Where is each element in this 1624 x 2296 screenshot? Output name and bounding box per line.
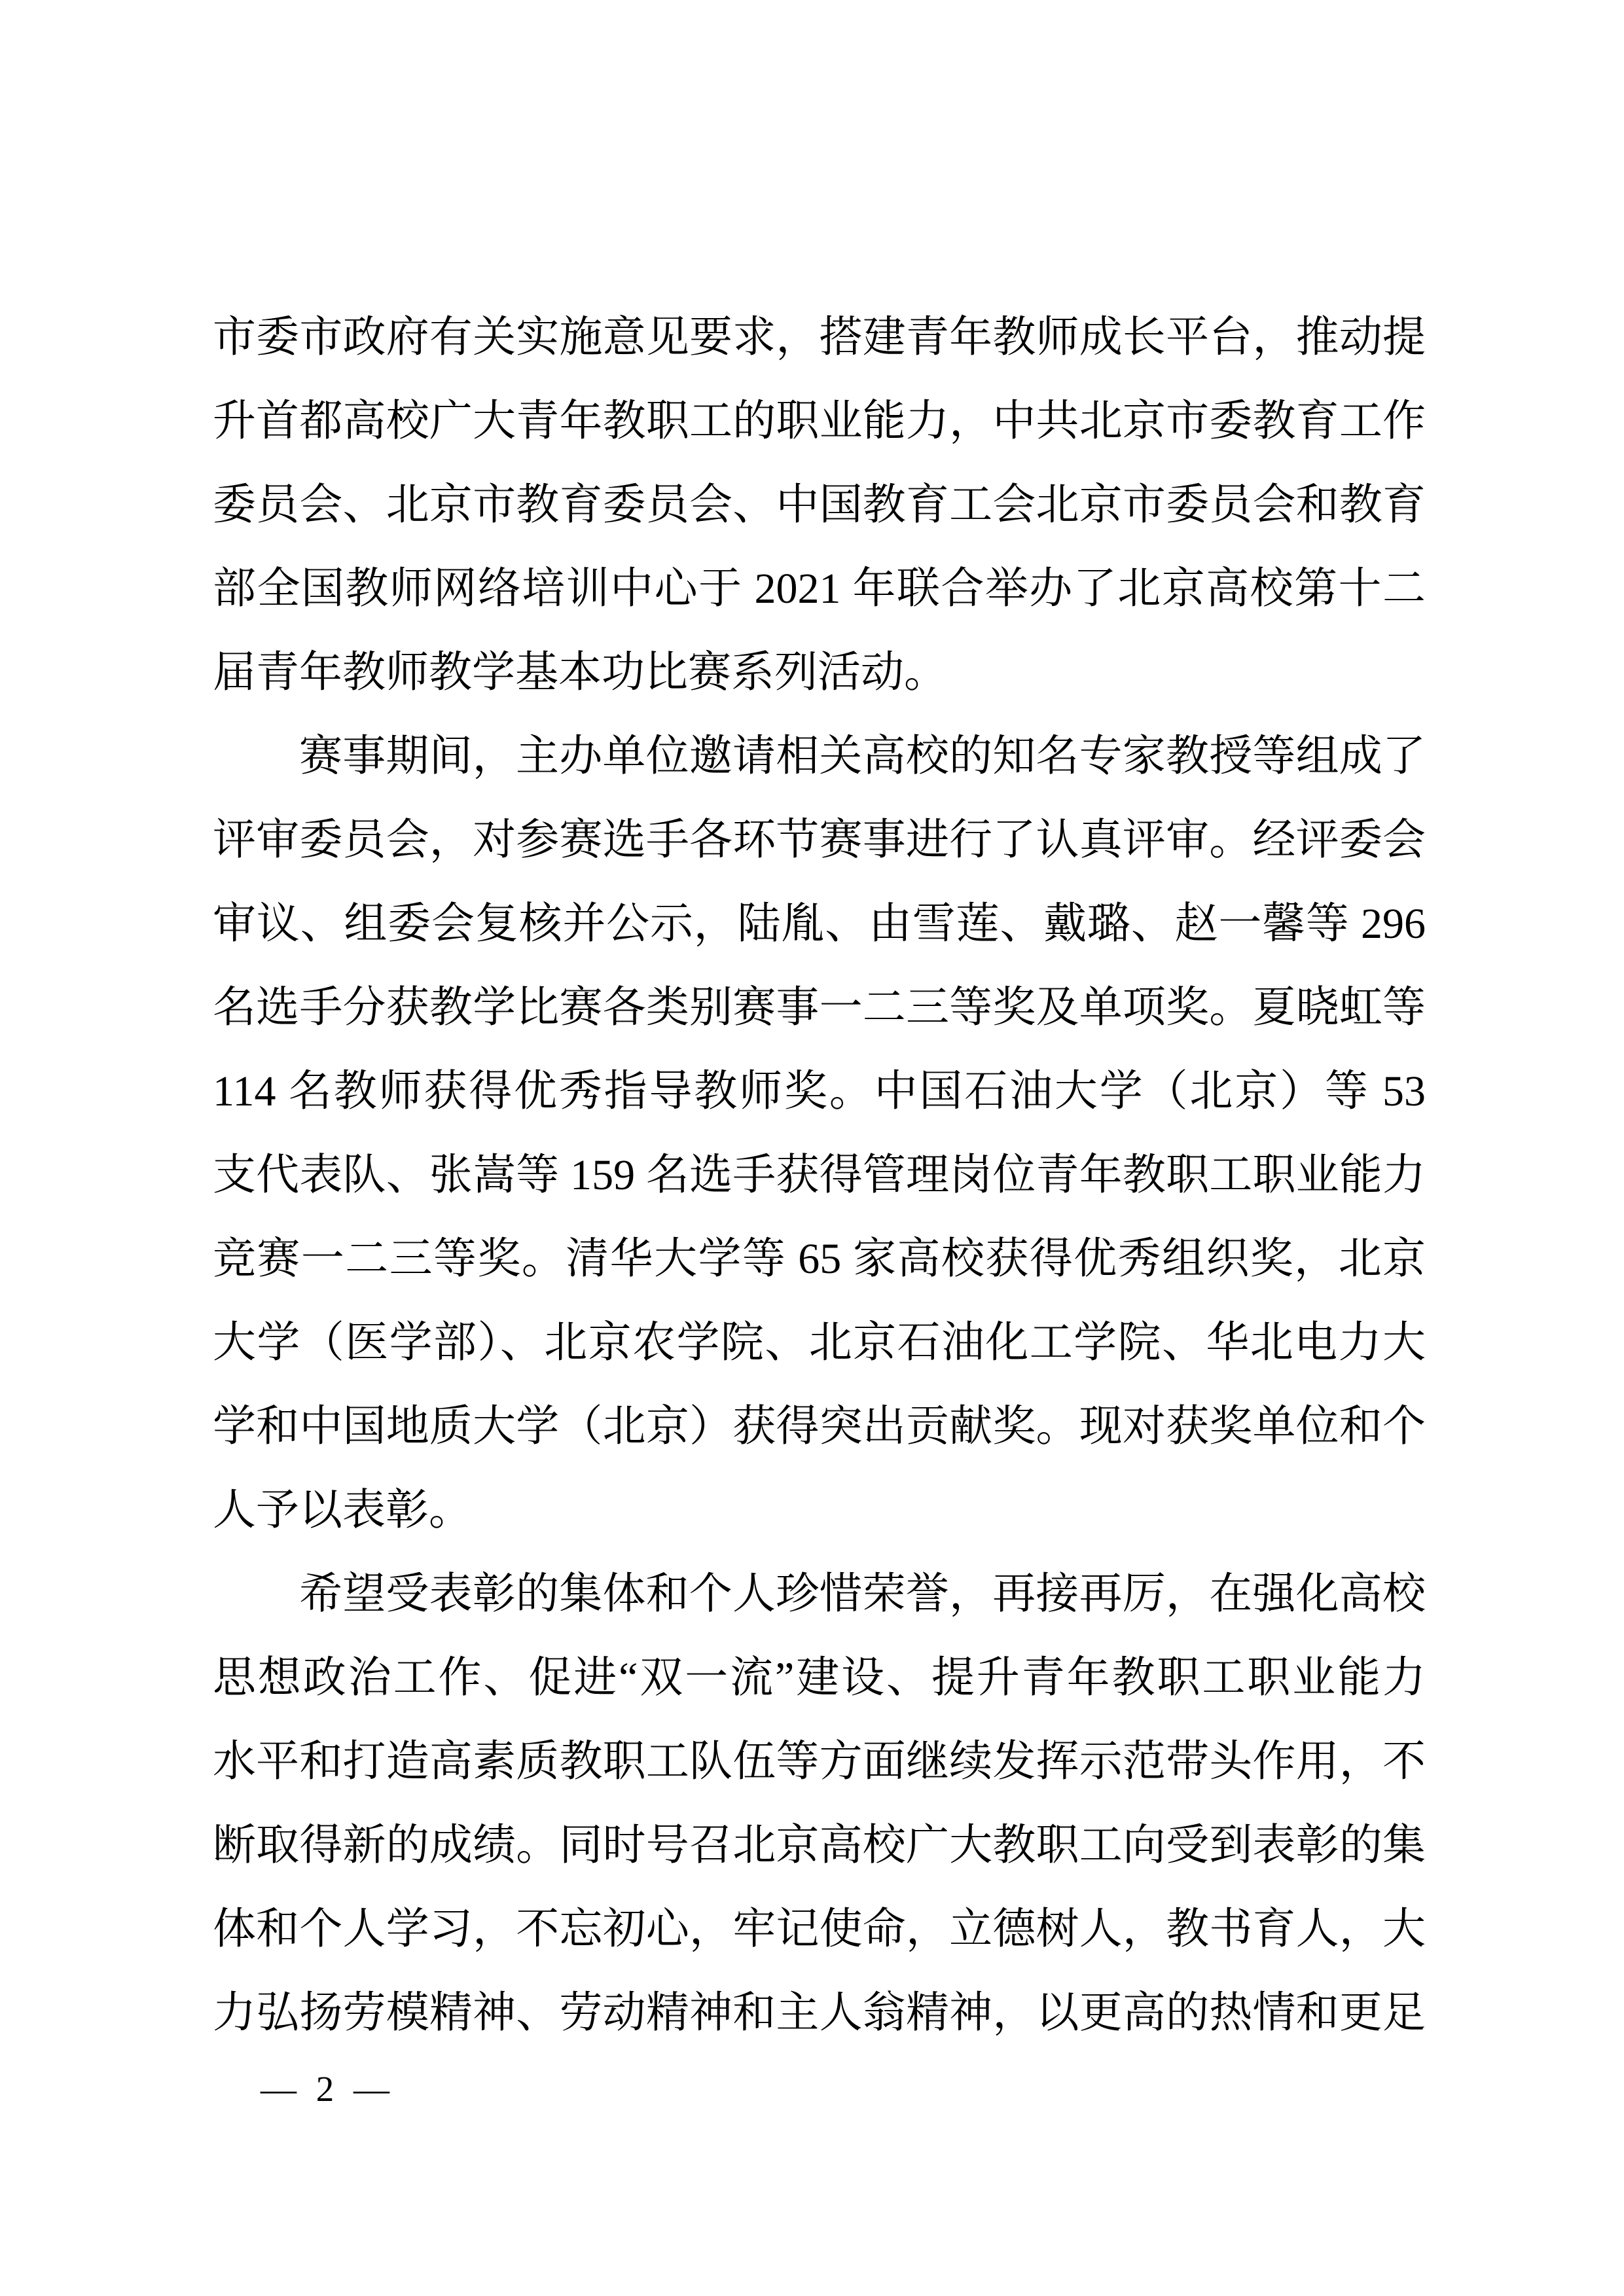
body-line-15: 人予以表彰。: [213, 1469, 1426, 1552]
body-line-07: 评审委员会，对参赛选手各环节赛事进行了认真评审。经评委会: [213, 798, 1426, 882]
page-footer: — 2 —: [261, 2067, 389, 2111]
body-line-04: 部全国教师网络培训中心于 2021 年联合举办了北京高校第十二: [213, 547, 1426, 631]
body-line-11: 支代表队、张嵩等 159 名选手获得管理岗位青年教职工职业能力: [213, 1134, 1426, 1217]
body-line-03: 委员会、北京市教育委员会、中国教育工会北京市委员会和教育: [213, 463, 1426, 547]
document-page: 市委市政府有关实施意见要求，搭建青年教师成长平台，推动提 升首都高校广大青年教职…: [0, 0, 1624, 2296]
body-line-16: 希望受表彰的集体和个人珍惜荣誉，再接再厉，在强化高校: [213, 1552, 1426, 1636]
body-line-08: 审议、组委会复核并公示，陆胤、由雪莲、戴璐、赵一馨等 296: [213, 882, 1426, 966]
body-line-05: 届青年教师教学基本功比赛系列活动。: [213, 631, 1426, 715]
body-line-18: 水平和打造高素质教职工队伍等方面继续发挥示范带头作用，不: [213, 1720, 1426, 1804]
page-number: — 2 —: [261, 2069, 389, 2109]
body-line-09: 名选手分获教学比赛各类别赛事一二三等奖及单项奖。夏晓虹等: [213, 966, 1426, 1050]
body-line-01: 市委市政府有关实施意见要求，搭建青年教师成长平台，推动提: [213, 296, 1426, 380]
body-line-02: 升首都高校广大青年教职工的职业能力，中共北京市委教育工作: [213, 380, 1426, 463]
body-line-06: 赛事期间，主办单位邀请相关高校的知名专家教授等组成了: [213, 715, 1426, 798]
body-line-14: 学和中国地质大学（北京）获得突出贡献奖。现对获奖单位和个: [213, 1385, 1426, 1469]
body-line-20: 体和个人学习，不忘初心，牢记使命，立德树人，教书育人，大: [213, 1888, 1426, 1971]
body-line-19: 断取得新的成绩。同时号召北京高校广大教职工向受到表彰的集: [213, 1804, 1426, 1888]
body-line-21: 力弘扬劳模精神、劳动精神和主人翁精神，以更高的热情和更足: [213, 1971, 1426, 2055]
body-line-17: 思想政治工作、促进“双一流”建设、提升青年教职工职业能力: [213, 1636, 1426, 1720]
body-line-13: 大学（医学部）、北京农学院、北京石油化工学院、华北电力大: [213, 1301, 1426, 1385]
body-line-12: 竞赛一二三等奖。清华大学等 65 家高校获得优秀组织奖，北京: [213, 1217, 1426, 1301]
body-line-10: 114 名教师获得优秀指导教师奖。中国石油大学（北京）等 53: [213, 1050, 1426, 1134]
document-body: 市委市政府有关实施意见要求，搭建青年教师成长平台，推动提 升首都高校广大青年教职…: [213, 296, 1426, 2055]
